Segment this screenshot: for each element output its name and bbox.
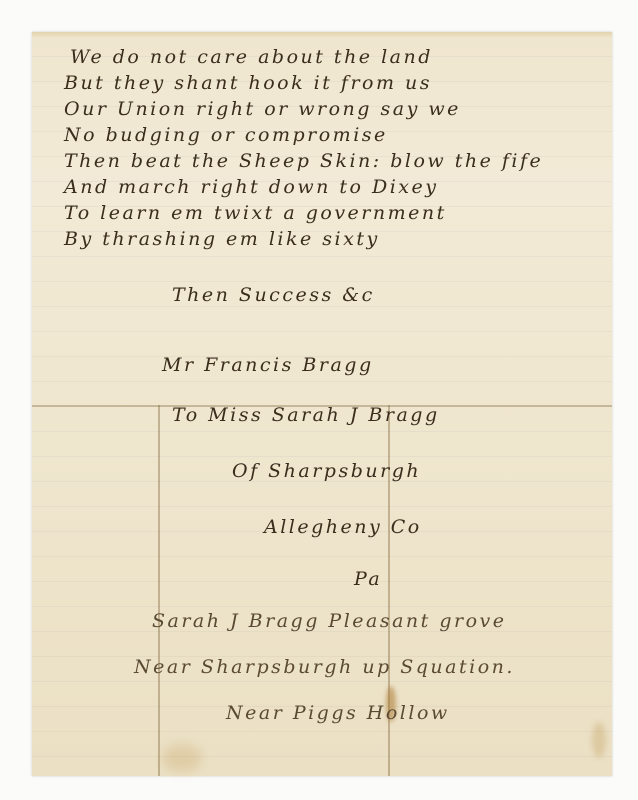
verse-line: To learn em twixt a government <box>64 202 447 224</box>
verse-line: By thrashing em like sixty <box>64 228 380 250</box>
water-stain <box>592 722 606 758</box>
address-line: Near Sharpsburgh up Squation. <box>134 656 515 678</box>
verse-line: We do not care about the land <box>70 46 433 68</box>
address-line: Of Sharpsburgh <box>232 460 421 482</box>
water-stain <box>162 744 202 772</box>
address-line: Pa <box>354 568 382 590</box>
refrain: Then Success &c <box>172 284 375 306</box>
verse-line: But they shant hook it from us <box>64 72 432 94</box>
signature: Mr Francis Bragg <box>162 354 374 376</box>
verse-line: Then beat the Sheep Skin: blow the fife <box>64 150 543 172</box>
verse-line: No budging or compromise <box>64 124 388 146</box>
address-line: To Miss Sarah J Bragg <box>172 404 440 426</box>
vertical-fold-left <box>158 405 160 776</box>
verse-line: Our Union right or wrong say we <box>64 98 461 120</box>
address-line: Allegheny Co <box>264 516 422 538</box>
address-line: Near Piggs Hollow <box>226 702 450 724</box>
address-line: Sarah J Bragg Pleasant grove <box>152 610 507 632</box>
letter-paper: We do not care about the land But they s… <box>32 32 612 776</box>
verse-line: And march right down to Dixey <box>64 176 439 198</box>
